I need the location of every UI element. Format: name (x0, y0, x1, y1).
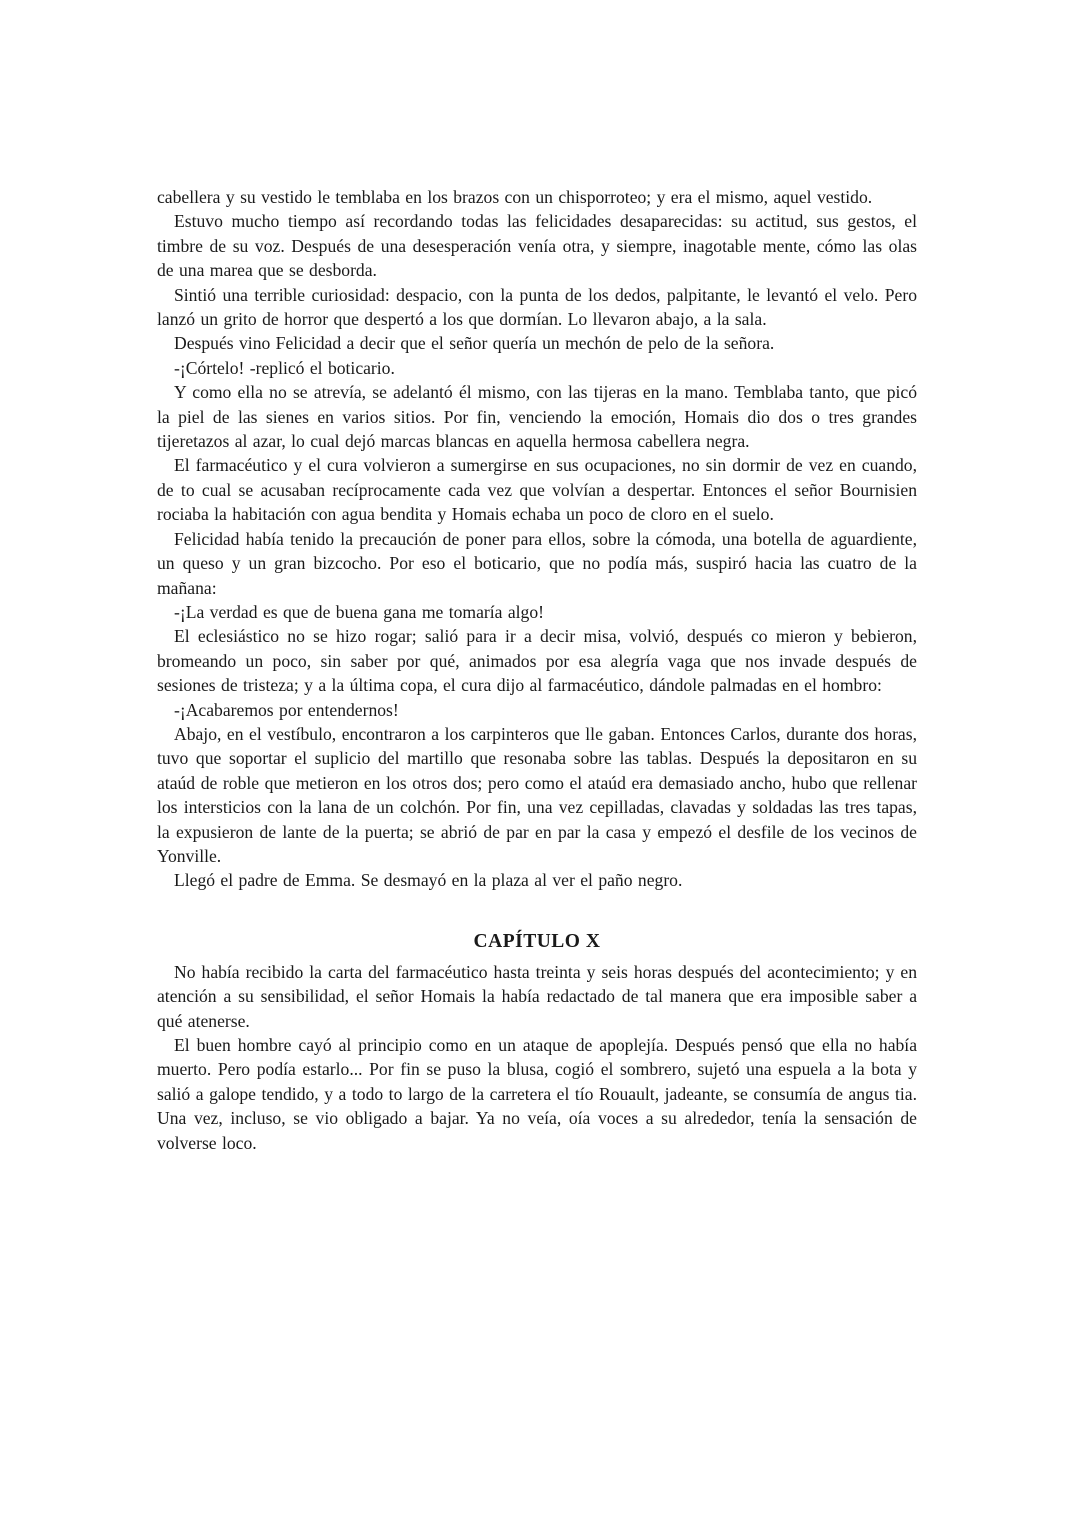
paragraph: Llegó el padre de Emma. Se desmayó en la… (157, 868, 917, 892)
dialogue-line: -¡La verdad es que de buena gana me toma… (157, 600, 917, 624)
paragraph: Y como ella no se atrevía, se adelantó é… (157, 380, 917, 453)
paragraph: Estuvo mucho tiempo así recordando todas… (157, 209, 917, 282)
dialogue-line: -¡Córtelo! -replicó el boticario. (157, 356, 917, 380)
dialogue-line: -¡Acabaremos por entendernos! (157, 698, 917, 722)
chapter-heading: CAPÍTULO X (157, 930, 917, 954)
paragraph: El eclesiástico no se hizo rogar; salió … (157, 624, 917, 697)
paragraph: El farmacéutico y el cura volvieron a su… (157, 453, 917, 526)
paragraph: El buen hombre cayó al principio como en… (157, 1033, 917, 1155)
paragraph: No había recibido la carta del farmacéut… (157, 960, 917, 1033)
paragraph: cabellera y su vestido le temblaba en lo… (157, 185, 917, 209)
paragraph: Sintió una terrible curiosidad: despacio… (157, 283, 917, 332)
paragraph: Abajo, en el vestíbulo, encontraron a lo… (157, 722, 917, 868)
document-page: cabellera y su vestido le temblaba en lo… (157, 185, 917, 1155)
paragraph: Después vino Felicidad a decir que el se… (157, 331, 917, 355)
paragraph: Felicidad había tenido la precaución de … (157, 527, 917, 600)
